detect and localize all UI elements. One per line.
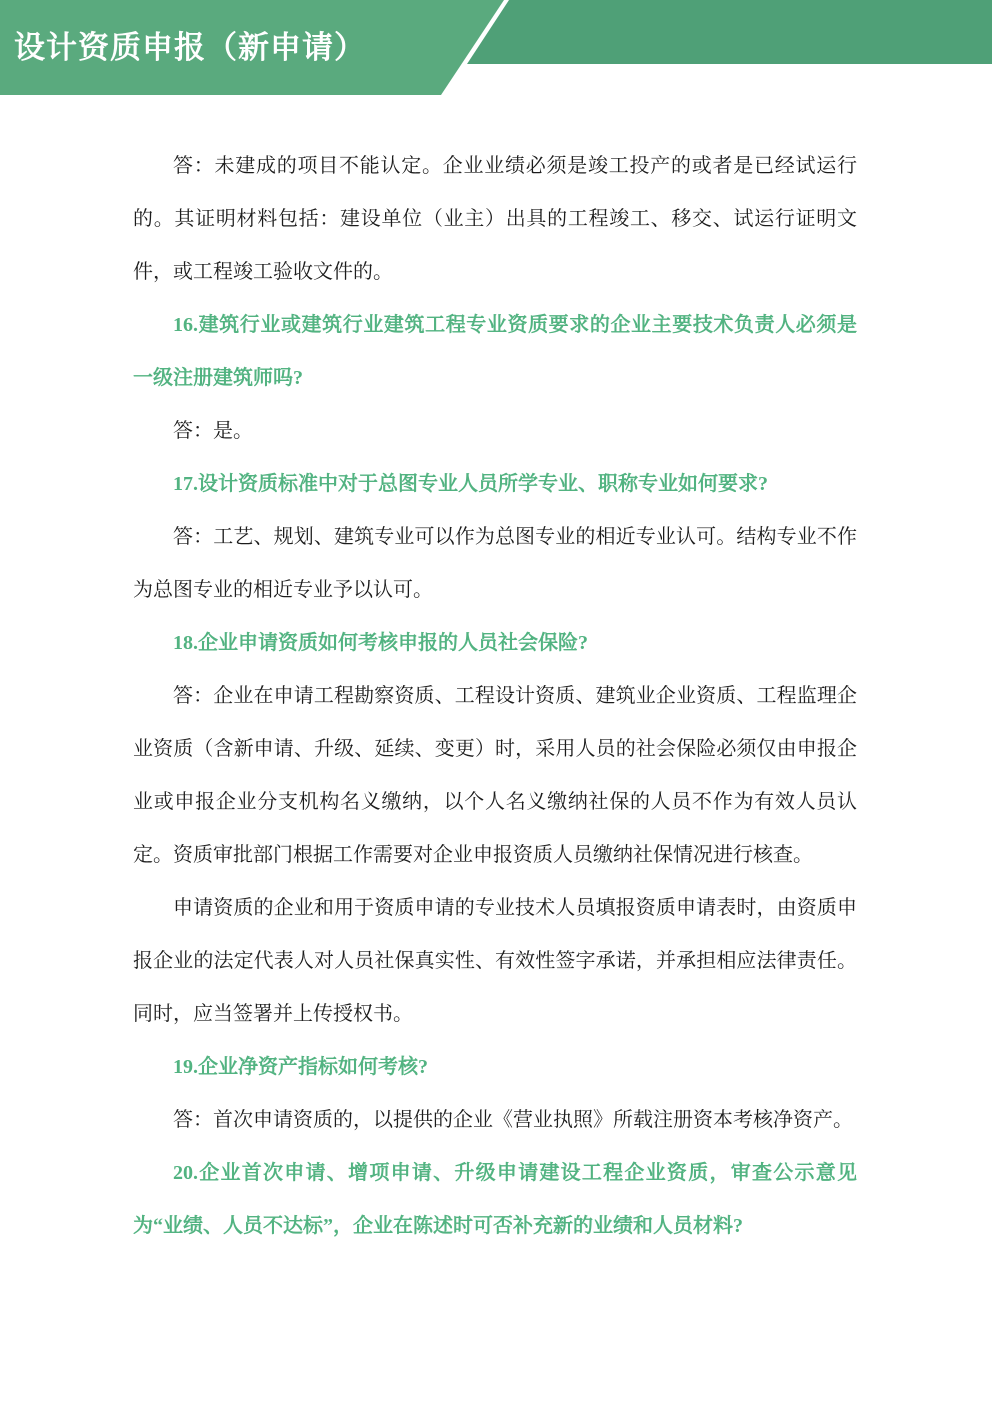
faq-answer-17: 答：工艺、规划、建筑专业可以作为总图专业的相近专业认可。结构专业不作为总图专业的… [133,511,857,617]
page-title: 设计资质申报（新申请） [14,22,366,67]
faq-answer-18-part2: 申请资质的企业和用于资质申请的专业技术人员填报资质申请表时，由资质申报企业的法定… [133,882,857,1041]
faq-answer-18-part1: 答：企业在申请工程勘察资质、工程设计资质、建筑业企业资质、工程监理企业资质（含新… [133,670,857,882]
header-banner: 设计资质申报（新申请） [0,0,992,96]
faq-question-20: 20.企业首次申请、增项申请、升级申请建设工程企业资质，审查公示意见为“业绩、人… [133,1147,857,1253]
faq-question-18: 18.企业申请资质如何考核申报的人员社会保险? [133,617,857,670]
faq-question-17: 17.设计资质标准中对于总图专业人员所学专业、职称专业如何要求? [133,458,857,511]
answer-paragraph-15-continued: 答：未建成的项目不能认定。企业业绩必须是竣工投产的或者是已经试运行的。其证明材料… [133,140,857,299]
faq-question-16: 16.建筑行业或建筑行业建筑工程专业资质要求的企业主要技术负责人必须是一级注册建… [133,299,857,405]
faq-question-19: 19.企业净资产指标如何考核? [133,1041,857,1094]
document-page: 答：未建成的项目不能认定。企业业绩必须是竣工投产的或者是已经试运行的。其证明材料… [133,140,857,1253]
faq-answer-16: 答：是。 [133,405,857,458]
faq-answer-19: 答：首次申请资质的，以提供的企业《营业执照》所载注册资本考核净资产。 [133,1094,857,1147]
